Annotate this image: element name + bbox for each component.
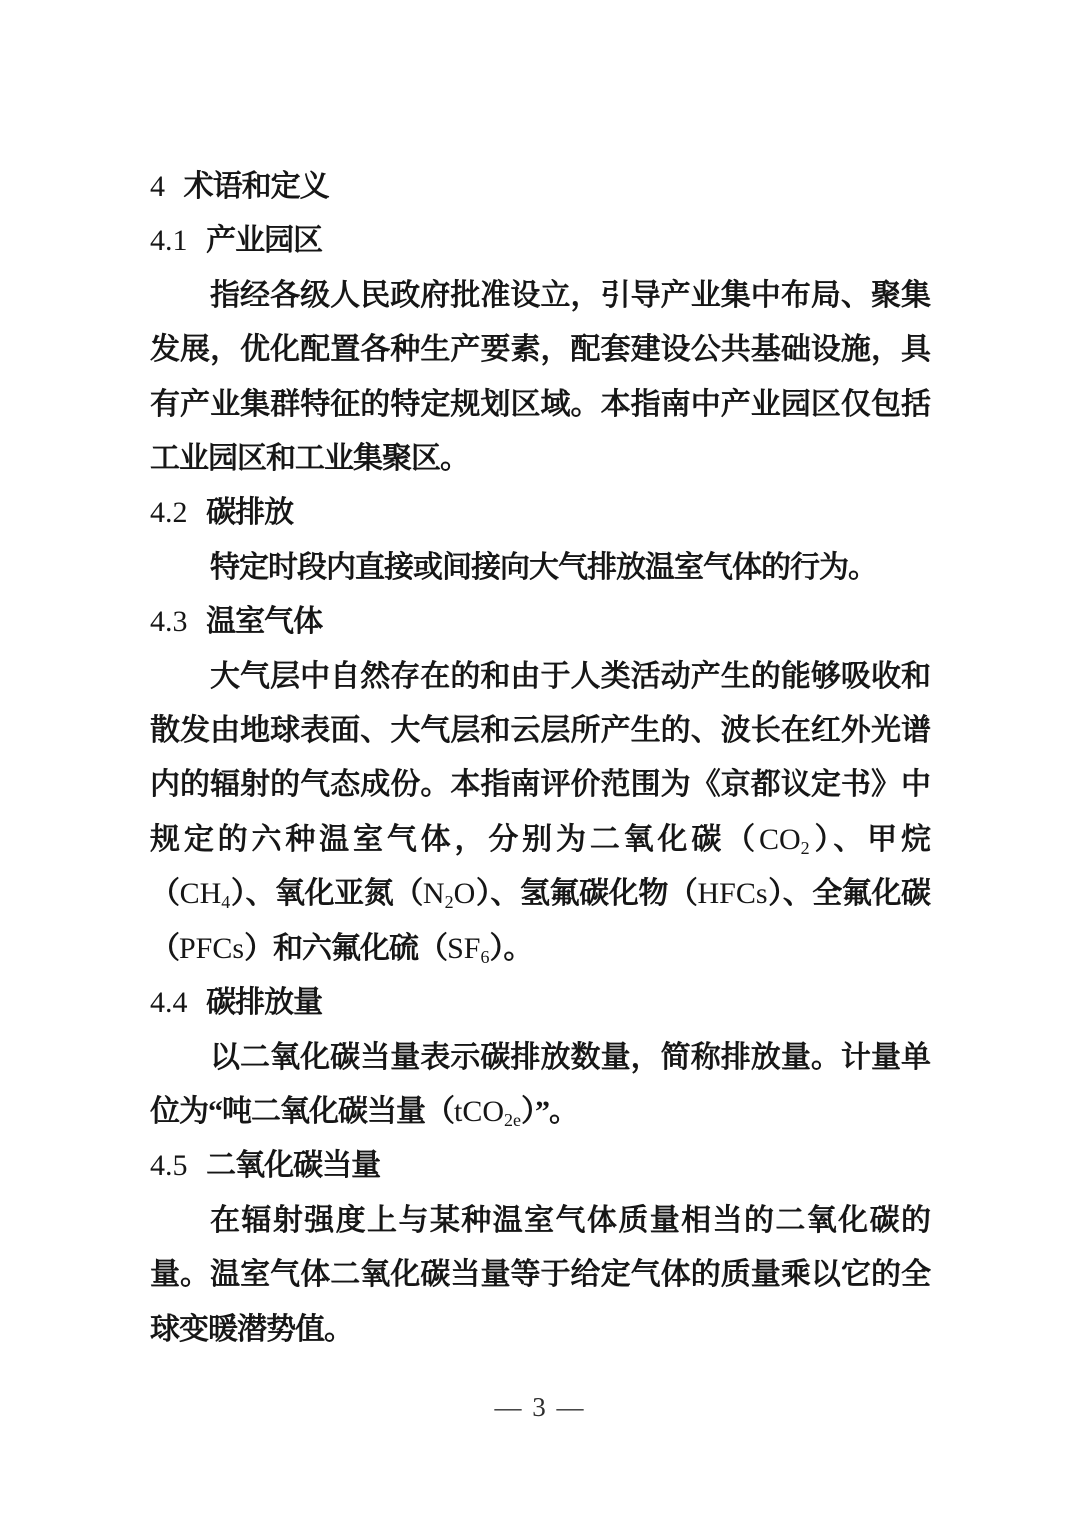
section-title: 碳排放量: [206, 986, 322, 1019]
latin-text: O: [454, 877, 476, 910]
latin-text: PFCs: [179, 932, 244, 965]
definition-paragraph: 以二氧化碳当量表示碳排放数量，简称排放量。计量单位为“吨二氧化碳当量（tCO2e…: [150, 1031, 930, 1140]
latin-text: tCO: [454, 1095, 504, 1128]
section-title: 碳排放: [206, 496, 293, 529]
definition-section: 4.1产业园区 指经各级人民政府批准设立，引导产业集中布局、聚集发展，优化配置各…: [150, 214, 930, 486]
section-heading: 4.1产业园区: [150, 214, 930, 268]
definition-section: 4.5二氧化碳当量 在辐射强度上与某种温室气体质量相当的二氧化碳的量。温室气体二…: [150, 1139, 930, 1357]
section-heading: 4.5二氧化碳当量: [150, 1139, 930, 1193]
chemical-subscript: 2: [445, 892, 454, 912]
definition-paragraph: 特定时段内直接或间接向大气排放温室气体的行为。: [150, 541, 930, 595]
latin-text: CH: [180, 877, 222, 910]
definition-section: 4.3温室气体 大气层中自然存在的和由于人类活动产生的能够吸收和散发由地球表面、…: [150, 595, 930, 976]
section-number: 4.3: [150, 605, 188, 638]
document-page: 4术语和定义 4.1产业园区 指经各级人民政府批准设立，引导产业集中布局、聚集发…: [0, 0, 1080, 1527]
section-number: 4.1: [150, 224, 188, 257]
section-heading: 4.4碳排放量: [150, 976, 930, 1030]
text-block: 4术语和定义 4.1产业园区 指经各级人民政府批准设立，引导产业集中布局、聚集发…: [150, 160, 930, 1357]
cjk-text: 指经各级人民政府批准设立，引导产业集中布局、聚集发展，优化配置各种生产要素，配套…: [150, 279, 930, 475]
chapter-heading: 4术语和定义: [150, 160, 930, 214]
section-number: 4.4: [150, 986, 188, 1019]
definition-paragraph: 指经各级人民政府批准设立，引导产业集中布局、聚集发展，优化配置各种生产要素，配套…: [150, 269, 930, 487]
chapter-title: 术语和定义: [184, 170, 329, 203]
section-number: 4.2: [150, 496, 188, 529]
definition-paragraph: 大气层中自然存在的和由于人类活动产生的能够吸收和散发由地球表面、大气层和云层所产…: [150, 650, 930, 976]
chemical-subscript: 2: [801, 838, 810, 858]
chemical-subscript: 6: [480, 947, 489, 967]
section-title: 温室气体: [206, 605, 322, 638]
chemical-subscript: 4: [221, 892, 230, 912]
cjk-text: ）”。: [521, 1095, 578, 1128]
latin-text: HFCs: [698, 877, 768, 910]
sections: 4.1产业园区 指经各级人民政府批准设立，引导产业集中布局、聚集发展，优化配置各…: [150, 214, 930, 1357]
cjk-text: ）、氧化亚氮（: [230, 877, 423, 910]
latin-text: N: [423, 877, 445, 910]
cjk-text: ）、氢氟碳化物（: [475, 877, 697, 910]
definition-paragraph: 在辐射强度上与某种温室气体质量相当的二氧化碳的量。温室气体二氧化碳当量等于给定气…: [150, 1194, 930, 1357]
section-number: 4.5: [150, 1149, 188, 1182]
section-heading: 4.2碳排放: [150, 486, 930, 540]
section-title: 二氧化碳当量: [206, 1149, 380, 1182]
definition-section: 4.2碳排放 特定时段内直接或间接向大气排放温室气体的行为。: [150, 486, 930, 595]
cjk-text: 特定时段内直接或间接向大气排放温室气体的行为。: [210, 551, 877, 584]
cjk-text: 在辐射强度上与某种温室气体质量相当的二氧化碳的量。温室气体二氧化碳当量等于给定气…: [150, 1204, 930, 1346]
definition-section: 4.4碳排放量 以二氧化碳当量表示碳排放数量，简称排放量。计量单位为“吨二氧化碳…: [150, 976, 930, 1139]
cjk-text: ）和六氟化硫（: [244, 932, 447, 965]
latin-text: SF: [447, 932, 480, 965]
chemical-subscript: 2e: [504, 1110, 521, 1130]
section-title: 产业园区: [206, 224, 322, 257]
page-number: — 3 —: [0, 1392, 1080, 1423]
chapter-number: 4: [150, 170, 165, 203]
cjk-text: ）。: [489, 932, 532, 965]
section-heading: 4.3温室气体: [150, 595, 930, 649]
latin-text: CO: [759, 823, 801, 856]
